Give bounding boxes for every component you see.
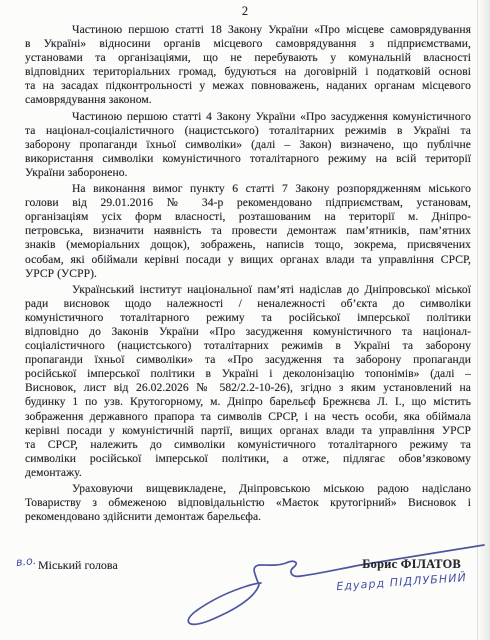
paragraph: Частиною першою статті 18 Закону України… xyxy=(25,23,471,108)
paragraph: Ураховуючи вищевикладене, Дніпровською м… xyxy=(25,482,471,524)
page-number: 2 xyxy=(0,4,490,19)
text-line: та СРСР, належить до символіки комуністи… xyxy=(25,438,471,452)
text-line: зображення державного прапора та символі… xyxy=(25,410,471,424)
text-line: самоврядування законом. xyxy=(25,93,471,107)
text-line: УРСР (УСРР). xyxy=(25,267,471,281)
text-line: комуністичного тоталітарного режиму та р… xyxy=(25,311,471,325)
paragraph: Частиною першою статті 4 Закону України … xyxy=(25,110,471,180)
text-line: установами та організаціями, що не переб… xyxy=(25,51,471,65)
text-line: відповідно до Законів України «Про засуд… xyxy=(25,325,471,339)
text-line: особам, які обіймали керівні посади у ви… xyxy=(25,253,471,267)
text-line: використання символіки комуністичного то… xyxy=(25,152,471,166)
text-line: петровська, визначити наявність та прове… xyxy=(25,224,471,238)
document-body: Частиною першою статті 18 Закону України… xyxy=(25,23,471,526)
text-line: російської імперської політики в Україні… xyxy=(25,367,471,381)
scanned-document-page: 2 Частиною першою статті 18 Закону Украї… xyxy=(0,0,490,640)
text-line: На виконання вимог пункту 6 статті 7 Зак… xyxy=(25,182,471,196)
scan-edge-shadow xyxy=(477,0,490,640)
text-line: соціалістичного (нацистського) тоталітар… xyxy=(25,339,471,353)
text-line: заборону пропаганди їхньої символіки» (д… xyxy=(25,138,471,152)
text-line: знаків (меморіальних дощок), зображень, … xyxy=(25,238,471,252)
handwritten-signer-name: Едуард ПІДЛУБНИЙ xyxy=(336,571,467,593)
text-line: та націонал-соціалістичного (нацистськог… xyxy=(25,124,471,138)
paragraph: Український інститут національної пам’ят… xyxy=(25,283,471,480)
text-line: Висновок, лист від 26.02.2026 № 582/2.2-… xyxy=(25,381,471,395)
text-line: Ураховуючи вищевикладене, Дніпровською м… xyxy=(25,482,471,496)
text-line: керівні посади у комуністичній партії, в… xyxy=(25,424,471,438)
signatory-title: Міський голова xyxy=(38,558,118,573)
text-line: голови від 29.01.2016 № 34-р рекомендова… xyxy=(25,196,471,210)
text-line: організаціям усіх форм власності, розташ… xyxy=(25,210,471,224)
text-line: будинку 1 по узв. Крутогорному, м. Дніпр… xyxy=(25,395,471,409)
text-line: Частиною першою статті 18 Закону України… xyxy=(25,23,471,37)
text-line: рекомендовано здійснити демонтаж барельє… xyxy=(25,510,471,524)
text-line: та на засадах підконтрольності у межах п… xyxy=(25,79,471,93)
text-line: демонтажу. xyxy=(25,466,471,480)
signatory-printed-name: Борис ФІЛАТОВ xyxy=(362,557,461,572)
text-line: символіки російської імперської політики… xyxy=(25,452,471,466)
text-line: відповідних територіальних громад, будую… xyxy=(25,65,471,79)
paragraph: На виконання вимог пункту 6 статті 7 Зак… xyxy=(25,182,471,281)
text-line: пропаганди їхньої символіки» та «Про зас… xyxy=(25,353,471,367)
handwritten-signature xyxy=(175,536,490,636)
text-line: в Україні» відносини органів місцевого с… xyxy=(25,37,471,51)
text-line: Український інститут національної пам’ят… xyxy=(25,283,471,297)
text-line: ради висновок щодо належності / неналежн… xyxy=(25,297,471,311)
handwritten-acting-prefix: в.о. xyxy=(15,554,36,569)
text-line: України заборонено. xyxy=(25,166,471,180)
text-line: Частиною першою статті 4 Закону України … xyxy=(25,110,471,124)
text-line: Товариству з обмеженою відповідальністю … xyxy=(25,496,471,510)
